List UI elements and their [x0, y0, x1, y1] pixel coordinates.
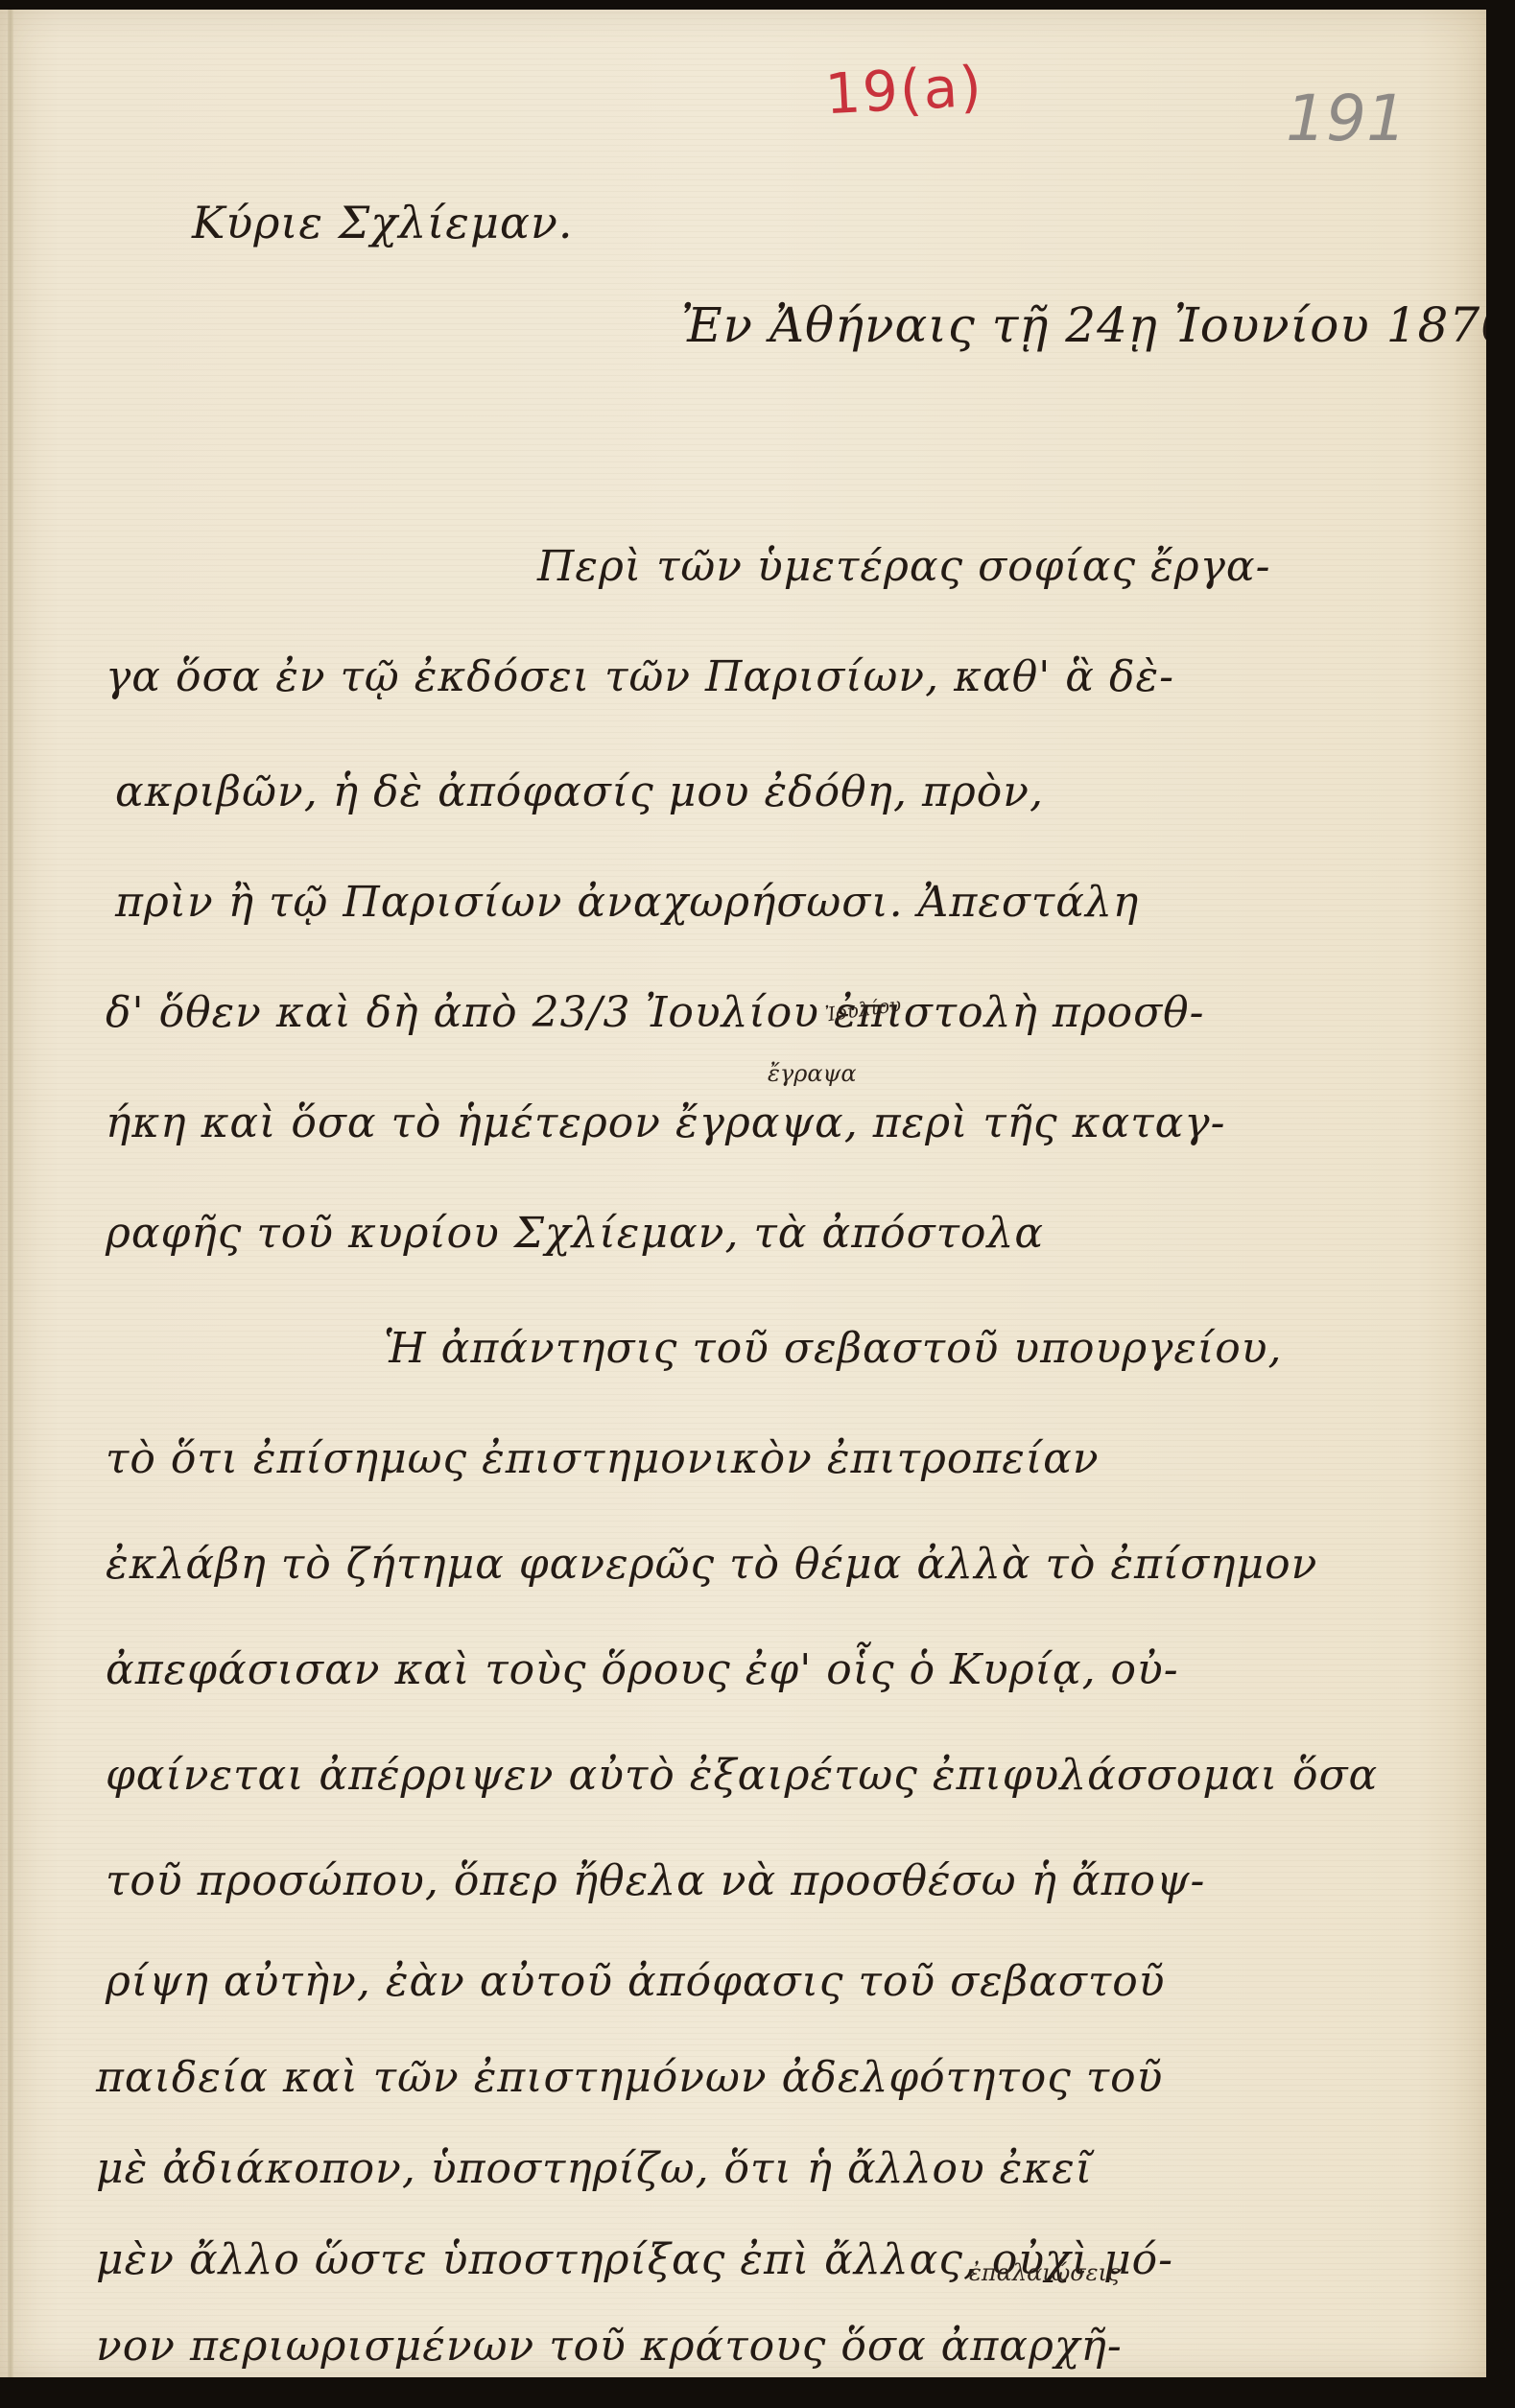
archive-number: 19(a): [823, 54, 984, 128]
body-line-7: ραφῆς τοῦ κυρίου Σχλίεμαν, τὰ ἀπόστολα: [106, 1209, 1044, 1258]
body-line-14: ρίψη αὐτὴν, ἐὰν αὐτοῦ ἀπόφασις τοῦ σεβασ…: [106, 1957, 1165, 2006]
body-line-13: τοῦ προσώπου, ὅπερ ἤθελα νὰ προσθέσω ἡ ἄ…: [106, 1856, 1205, 1905]
body-line-16: μὲ ἀδιάκοπον, ὑποστηρίζω, ὅτι ἡ ἄλλου ἐκ…: [96, 2144, 1093, 2193]
scan-right-edge: [1486, 0, 1515, 2408]
body-line-3: ακριβῶν, ἡ δὲ ἀπόφασίς μου ἐδόθη, πρὸν,: [115, 767, 1044, 816]
body-line-2: γα ὅσα ἐν τῷ ἐκδόσει τῶν Παρισίων, καθ' …: [106, 652, 1174, 701]
body-line-9: τὸ ὅτι ἐπίσημως ἐπιστημονικὸν ἐπιτροπεία…: [106, 1434, 1100, 1483]
letter-page: 19(a) 191 Κύριε Σχλίεμαν. Ἐν Ἀθήναις τῇ …: [0, 10, 1492, 2379]
body-line-12: φαίνεται ἀπέρριψεν αὐτὸ ἐξαιρέτως ἐπιφυλ…: [106, 1751, 1378, 1800]
body-line-5: δ' ὅθεν καὶ δὴ ἀπὸ 23/3 Ἰουλίου ἐπιστολὴ…: [106, 988, 1205, 1037]
interlinear-insert-2: ἔγραψα: [768, 1060, 857, 1087]
folio-number: 191: [1286, 82, 1407, 155]
interlinear-insert-3: ἐπαλαιώσεις: [969, 2259, 1120, 2286]
body-line-11: ἀπεφάσισαν καὶ τοὺς ὅρους ἐφ' οἷς ὁ Κυρί…: [106, 1645, 1179, 1694]
body-line-18: νον περιωρισμένων τοῦ κράτους ὅσα ἀπαρχῆ…: [96, 2322, 1123, 2371]
body-line-6: ήκη καὶ ὅσα τὸ ἡμέτερον ἔγραψα, περὶ τῆς…: [106, 1098, 1225, 1147]
body-line-10: ἐκλάβη τὸ ζήτημα φανερῶς τὸ θέμα ἀλλὰ τὸ…: [106, 1540, 1317, 1589]
body-line-1: Περὶ τῶν ὑμετέρας σοφίας ἔργα-: [537, 542, 1270, 591]
scan-bottom-edge: [0, 2377, 1515, 2408]
body-line-15: παιδεία καὶ τῶν ἐπιστημόνων ἀδελφότητος …: [96, 2053, 1163, 2102]
dateline: Ἐν Ἀθήναις τῇ 24ῃ Ἰουνίου 1870.: [681, 297, 1515, 353]
body-line-4: πρὶν ἢ τῷ Παρισίων ἀναχωρήσωσι. Ἀπεστάλη: [115, 878, 1139, 927]
salutation: Κύριε Σχλίεμαν.: [192, 197, 574, 248]
body-line-8: Ἡ ἀπάντησις τοῦ σεβαστοῦ υπουργείου,: [384, 1324, 1282, 1373]
